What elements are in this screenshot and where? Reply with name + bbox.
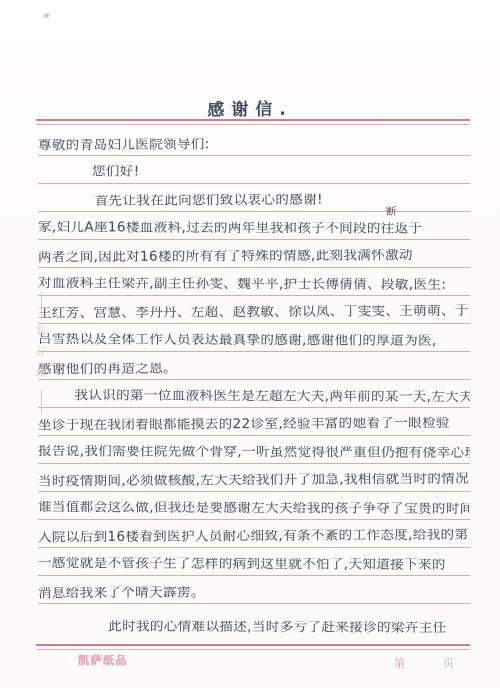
scanned-letter-page: 感谢信. 尊敬的青岛妇儿医院领导们:您们好!首先让我在此向您们致以衷心的感谢!家…: [0, 0, 500, 688]
letter-line-text: 坐诊于现在我闭着眼都能摸去的22诊室,经验丰富的她看了一眼检验: [38, 416, 470, 436]
letter-line-text: 此时我的心情难以描述,当时多亏了赶来接诊的梁卉主任: [38, 620, 470, 639]
letter-line: 尊敬的青岛妇儿医院领导们:: [38, 128, 470, 156]
page-label-prefix: 第: [394, 655, 405, 671]
letter-line: 消息给我来了个晴天霹雳。: [38, 576, 470, 604]
binding-line-strip: 装 订 线: [33, 292, 49, 414]
binding-dash-top: [41, 292, 42, 316]
letter-line-text: 入院以后到16楼看到医护人员耐心细致,有条不紊的工作态度,给我的第: [38, 528, 470, 548]
footer-double-rule: [36, 644, 470, 650]
letter-line-text: 吕雪热以及全体工作人员表达最真挚的感谢,感谢他们的厚道为医,: [38, 333, 470, 352]
letter-line-text: 王红芳、宫慧、李丹丹、左超、赵教敏、徐以凤、丁雯雯、王萌萌、于斌、徐武凤、: [38, 304, 470, 324]
letter-line-text: 谁当值都会这么做,但我还是要感谢左大夫给我的孩子争夺了宝贵的时间.: [38, 501, 470, 520]
paper-brand-logo: 凯萨纸品: [78, 652, 128, 668]
letter-line: 吕雪热以及全体工作人员表达最真挚的感谢,感谢他们的厚道为医,: [38, 324, 470, 352]
letter-line: 当时疫情期间,必须做核酸,左大夫给我们开了加急,我相信就当时的情况: [38, 464, 470, 492]
letter-line: 入院以后到16楼看到医护人员耐心细致,有条不紊的工作态度,给我的第: [38, 520, 470, 548]
letter-line: 谁当值都会这么做,但我还是要感谢左大夫给我的孩子争夺了宝贵的时间.: [38, 492, 470, 520]
letter-line: 首先让我在此向您们致以衷心的感谢!: [38, 184, 470, 212]
binding-char: 订: [36, 348, 46, 358]
letter-line: 感谢他们的再造之恩。: [38, 352, 470, 380]
scan-smudge-mark: [41, 11, 52, 21]
inserted-correction-char: 断: [385, 204, 397, 220]
letter-line: 王红芳、宫慧、李丹丹、左超、赵教敏、徐以凤、丁雯雯、王萌萌、于斌、徐武凤、: [38, 296, 470, 324]
letter-line: 此时我的心情难以描述,当时多亏了赶来接诊的梁卉主任: [38, 604, 470, 638]
letter-line: 您们好!: [38, 156, 470, 184]
letter-line-text: 当时疫情期间,必须做核酸,左大夫给我们开了加急,我相信就当时的情况: [38, 472, 470, 492]
page-number-field: 第 页: [394, 655, 454, 671]
letter-line-text: 报告说,我们需要住院先做个骨穿,一听虽然觉得很严重但仍抱有侥幸心理: [38, 445, 470, 464]
binding-char: 装: [36, 327, 46, 337]
letter-line-text: 首先让我在此向您们致以衷心的感谢!: [38, 192, 470, 212]
letter-body: 尊敬的青岛妇儿医院领导们:您们好!首先让我在此向您们致以衷心的感谢!家,妇儿A座…: [38, 128, 470, 638]
letter-line: 家,妇儿A座16楼血液科,过去的两年里我和孩子不间段的往返于: [38, 212, 470, 240]
header-double-rule: [36, 119, 470, 125]
binding-char: 线: [36, 369, 46, 379]
binding-dash-bottom: [41, 390, 42, 414]
page-label-suffix: 页: [443, 655, 454, 671]
letter-line: 我认识的第一位血液科医生是左超左大夫,两年前的某一天,左大夫: [38, 380, 470, 408]
letter-line-text: 消息给我来了个晴天霹雳。: [38, 584, 470, 604]
letter-line: 一感觉就是不管孩子生了怎样的病到这里就不怕了,天知道接下来的: [38, 548, 470, 576]
letter-line: 对血液科主任梁卉,副主任孙雯、魏平平,护士长傅倩倩、段敏,医生:: [38, 268, 470, 296]
letter-line: 两者之间,因此对16楼的所有有了特殊的情感,此刻我满怀激动: [38, 240, 470, 268]
letter-line-text: 尊敬的青岛妇儿医院领导们:: [38, 136, 470, 156]
letter-line-text: 两者之间,因此对16楼的所有有了特殊的情感,此刻我满怀激动: [38, 248, 470, 268]
letter-line-text: 您们好!: [38, 165, 470, 184]
letter-line-text: 一感觉就是不管孩子生了怎样的病到这里就不怕了,天知道接下来的: [38, 557, 470, 576]
letter-line-text: 家,妇儿A座16楼血液科,过去的两年里我和孩子不间段的往返于: [38, 221, 470, 240]
letter-line-text: 我认识的第一位血液科医生是左超左大夫,两年前的某一天,左大夫: [38, 389, 470, 408]
letter-line: 坐诊于现在我闭着眼都能摸去的22诊室,经验丰富的她看了一眼检验: [38, 408, 470, 436]
letter-line-text: 感谢他们的再造之恩。: [38, 360, 470, 380]
letter-line: 报告说,我们需要住院先做个骨穿,一听虽然觉得很严重但仍抱有侥幸心理: [38, 436, 470, 464]
letter-line-text: 对血液科主任梁卉,副主任孙雯、魏平平,护士长傅倩倩、段敏,医生:: [38, 277, 470, 296]
